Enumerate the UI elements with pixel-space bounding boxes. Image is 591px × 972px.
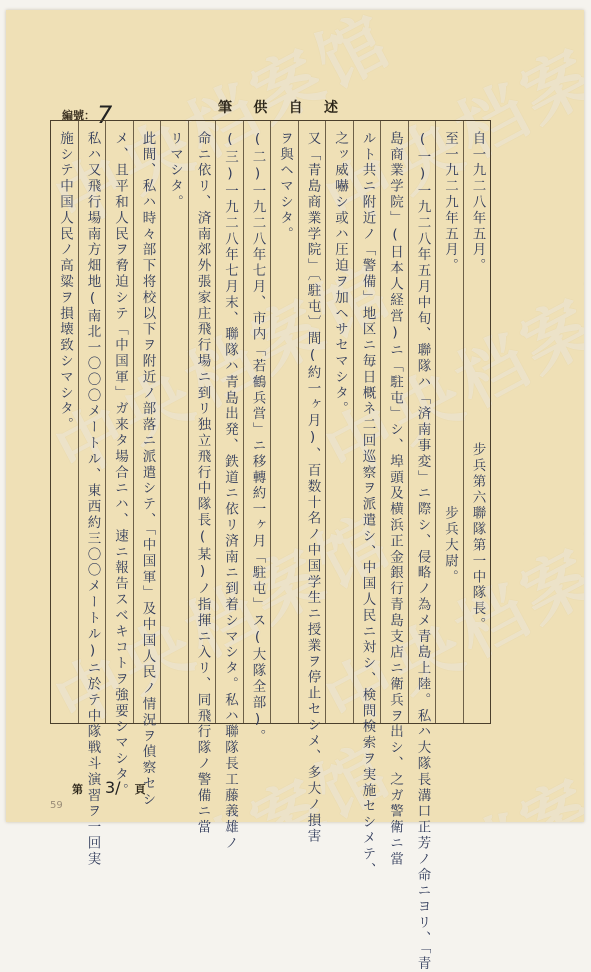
column-text: 之ッ威嚇シ或ハ圧迫ヲ加ヘサセマシタ。 (333, 121, 347, 723)
manuscript-column: メ、且平和人民ヲ脅迫シテ「中国軍」ガ来タ場合ニハ、速ニ報告スベキコトヲ強要シマシ… (105, 121, 133, 723)
manuscript-column: リマシタ。 (160, 121, 188, 723)
manuscript-column: 此間、私ハ時々部下将校以下ヲ附近ノ部落ニ派遣シテ、「中国軍」及中国人民ノ情況ヲ偵… (133, 121, 161, 723)
title-char: 供 (253, 97, 267, 117)
column-text: 又「青島商業学院」〔駐屯〕間(約一ヶ月)、百数十名ノ中国学生ニ授業ヲ停止セシメ、… (305, 121, 319, 723)
title-char: 筆 (218, 97, 232, 117)
manuscript-column: ヲ與ヘマシタ。 (270, 121, 298, 723)
title-char: 述 (324, 97, 338, 117)
manuscript-column: (三)一九二八年七月末、聯隊ハ青島出発、鉄道ニ依リ済南ニ到着シマシタ。私ハ聯隊長… (215, 121, 243, 723)
column-text: 命ニ依リ、済南郊外張家庄飛行場ニ到リ独立飛行中隊長(某)ノ指揮ニ入リ、同飛行隊ノ… (195, 121, 209, 723)
column-text: ヲ與ヘマシタ。 (278, 121, 292, 723)
pencil-mark: 59 (50, 800, 63, 811)
column-text: 自一九二八年五月。 步兵第六聯隊第一中隊長。 (470, 121, 484, 723)
manuscript-column: 島商業学院」(日本人経営)ニ「駐屯」シ、埠頭及横浜正金銀行青島支店ニ衛兵ヲ出シ、… (380, 121, 408, 723)
title-char: 自 (289, 97, 303, 117)
manuscript-column: 又「青島商業学院」〔駐屯〕間(約一ヶ月)、百数十名ノ中国学生ニ授業ヲ停止セシメ、… (298, 121, 326, 723)
column-text: ルト共ニ附近ノ「警備」地区ニ毎日概ネ二回巡察ヲ派遣シ、中国人民ニ対シ、検問検索ヲ… (360, 121, 374, 723)
manuscript-column: 私ハ又飛行場南方畑地(南北一〇〇〇メートル、東西約三〇〇メートル)ニ於テ中隊戦斗… (78, 121, 106, 723)
manuscript-column: 施シテ中国人民ノ高粱ヲ損壊致シマシタ。 (51, 121, 78, 723)
manuscript-column: (一)一九二八年五月中旬、聯隊ハ「済南事変」ニ際シ、侵略ノ為メ青島上陸。私ハ大隊… (408, 121, 436, 723)
page-label-suffix: 頁 (135, 783, 146, 796)
manuscript-column: 命ニ依リ、済南郊外張家庄飛行場ニ到リ独立飛行中隊長(某)ノ指揮ニ入リ、同飛行隊ノ… (188, 121, 216, 723)
column-text: 此間、私ハ時々部下将校以下ヲ附近ノ部落ニ派遣シテ、「中国軍」及中国人民ノ情況ヲ偵… (140, 121, 154, 723)
page-number: 第3/頁 (72, 778, 146, 797)
manuscript-column: 自一九二八年五月。 步兵第六聯隊第一中隊長。 (463, 121, 491, 723)
manuscript-column: (二)一九二八年七月、市内「若鶴兵営」ニ移轉約一ヶ月「駐屯」ス(大隊全部)。 (243, 121, 271, 723)
column-text: 施シテ中国人民ノ高粱ヲ損壊致シマシタ。 (58, 121, 72, 723)
column-text: 至一九二九年五月。 步兵大尉。 (443, 121, 457, 723)
manuscript-column: 至一九二九年五月。 步兵大尉。 (435, 121, 463, 723)
manuscript-grid: 自一九二八年五月。 步兵第六聯隊第一中隊長。 至一九二九年五月。 步兵大尉。 (… (50, 120, 491, 724)
page-number-value: 3/ (105, 778, 121, 797)
column-text: (二)一九二八年七月、市内「若鶴兵営」ニ移轉約一ヶ月「駐屯」ス(大隊全部)。 (250, 121, 264, 723)
column-text: 島商業学院」(日本人経営)ニ「駐屯」シ、埠頭及横浜正金銀行青島支店ニ衛兵ヲ出シ、… (388, 121, 402, 723)
page-label-prefix: 第 (72, 783, 83, 796)
column-text: 私ハ又飛行場南方畑地(南北一〇〇〇メートル、東西約三〇〇メートル)ニ於テ中隊戦斗… (85, 121, 99, 723)
column-text: リマシタ。 (168, 121, 182, 723)
manuscript-column: 之ッ威嚇シ或ハ圧迫ヲ加ヘサセマシタ。 (325, 121, 353, 723)
column-text: (三)一九二八年七月末、聯隊ハ青島出発、鉄道ニ依リ済南ニ到着シマシタ。私ハ聯隊長… (223, 121, 237, 723)
manuscript-column: ルト共ニ附近ノ「警備」地区ニ毎日概ネ二回巡察ヲ派遣シ、中国人民ニ対シ、検問検索ヲ… (353, 121, 381, 723)
document-title: 筆 供 自 述 (218, 97, 338, 117)
watermark: 中央档案馆 (306, 716, 584, 822)
column-text: メ、且平和人民ヲ脅迫シテ「中国軍」ガ来タ場合ニハ、速ニ報告スベキコトヲ強要シマシ… (113, 121, 127, 723)
column-text: (一)一九二八年五月中旬、聯隊ハ「済南事変」ニ際シ、侵略ノ為メ青島上陸。私ハ大隊… (415, 121, 429, 723)
